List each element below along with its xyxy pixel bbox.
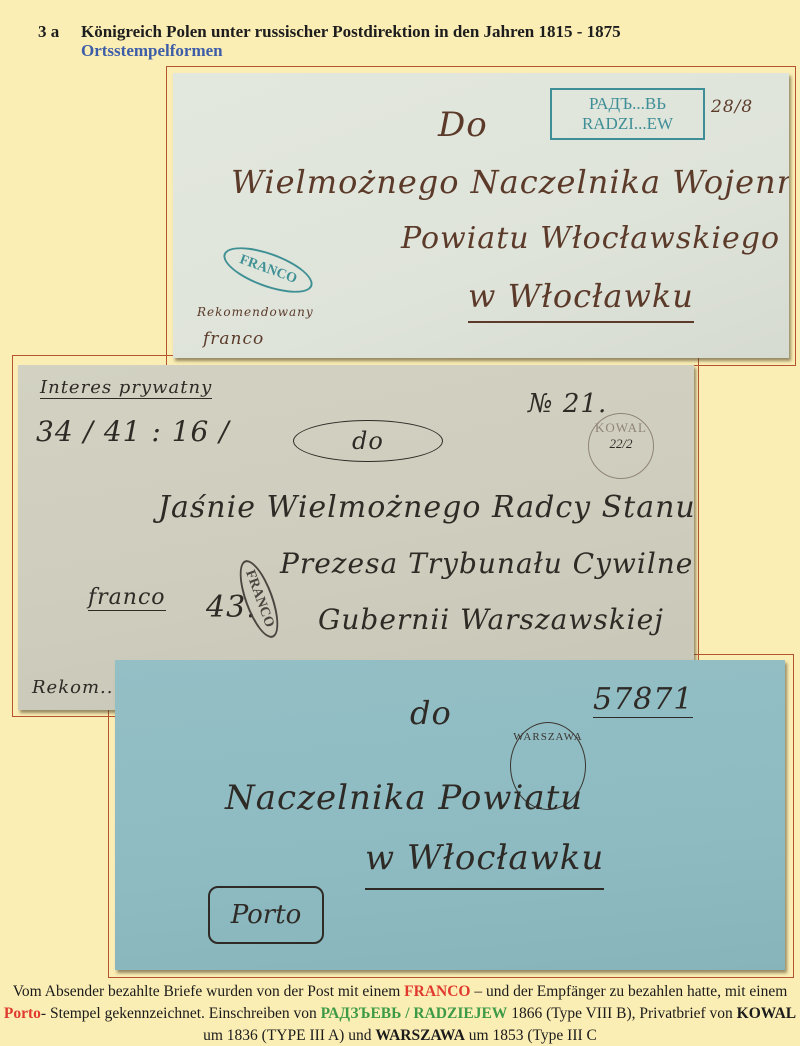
left-note: franco bbox=[203, 329, 264, 349]
top-note: Interes prywatny bbox=[40, 377, 212, 399]
letter-kowal: Interes prywatny № 21. 34 / 41 : 16 / do… bbox=[18, 365, 694, 710]
caption-franco: FRANCO bbox=[404, 983, 470, 1000]
porto-box-stamp: Porto bbox=[208, 886, 324, 944]
address-line: Naczelnika Powiatu bbox=[225, 778, 583, 818]
address-line: Powiatu Włocławskiego bbox=[401, 221, 780, 256]
page-header: 3 aKönigreich Polen unter russischer Pos… bbox=[38, 22, 621, 42]
section-number: 3 a bbox=[38, 22, 81, 42]
caption-text: 1866 (Type VIII B), Privatbrief von bbox=[507, 1005, 736, 1022]
address-line: Do bbox=[438, 105, 488, 145]
address-line: w Włocławku bbox=[468, 277, 694, 323]
number-note: № 21. bbox=[528, 389, 607, 419]
kowal-postmark: KOWAL 22/2 bbox=[588, 413, 654, 479]
number-note: 57871 bbox=[593, 682, 693, 718]
postmark-town: WARSZAWA bbox=[511, 731, 585, 743]
caption-radziejew: РАДЗЪЕВЬ / RADZIEJEW bbox=[321, 1005, 508, 1022]
porto-label: Porto bbox=[231, 900, 302, 930]
caption-warszawa: WARSZAWA bbox=[375, 1027, 465, 1044]
franco-note: franco bbox=[88, 585, 166, 611]
address-line: Wielmożnego Naczelnika Wojennego bbox=[231, 163, 789, 201]
address-line: w Włocławku bbox=[365, 838, 604, 890]
letter-radziejew: РАДЪ...ВЬ RADZI...EW 28/8 Do Wielmożnego… bbox=[173, 73, 789, 358]
letter-warszawa: do 57871 WARSZAWA Naczelnika Powiatu w W… bbox=[115, 660, 785, 970]
caption-text: - Stempel gekennzeichnet. Einschreiben v… bbox=[41, 1005, 321, 1022]
bottom-note: Rekom... bbox=[32, 677, 120, 698]
stamp-line-latin: RADZI...EW bbox=[560, 114, 695, 134]
caption-porto: Porto bbox=[4, 1005, 41, 1022]
page-subtitle: Ortsstempelformen bbox=[81, 41, 223, 61]
postmark-date: 22/2 bbox=[589, 436, 653, 452]
franco-oval-stamp: FRANCO bbox=[218, 238, 318, 302]
number-note: 28/8 bbox=[711, 97, 753, 117]
radziejew-box-stamp: РАДЪ...ВЬ RADZI...EW bbox=[550, 88, 705, 140]
caption-text: um 1836 (TYPE III A) und bbox=[203, 1027, 375, 1044]
margin-numbers: 34 / 41 : 16 / bbox=[36, 415, 230, 448]
left-note: Rekomendowany bbox=[197, 305, 314, 319]
address-line: do bbox=[293, 420, 443, 462]
caption-text: Vom Absender bezahlte Briefe wurden von … bbox=[13, 983, 404, 1000]
caption: Vom Absender bezahlte Briefe wurden von … bbox=[0, 981, 800, 1046]
address-line: Prezesa Trybunału Cywilnego bbox=[280, 547, 694, 580]
page-title: Königreich Polen unter russischer Postdi… bbox=[81, 22, 621, 41]
postmark-town: KOWAL bbox=[589, 420, 653, 436]
caption-kowal: KOWAL bbox=[737, 1005, 796, 1022]
address-line: Gubernii Warszawskiej bbox=[318, 603, 664, 636]
address-line: Jaśnie Wielmożnego Radcy Stanu bbox=[158, 490, 694, 525]
address-line: do bbox=[410, 694, 452, 732]
caption-text: um 1853 (Type III C bbox=[465, 1027, 597, 1044]
stamp-line-cyrillic: РАДЪ...ВЬ bbox=[560, 94, 695, 114]
caption-text: – und der Empfänger zu bezahlen hatte, m… bbox=[470, 983, 787, 1000]
